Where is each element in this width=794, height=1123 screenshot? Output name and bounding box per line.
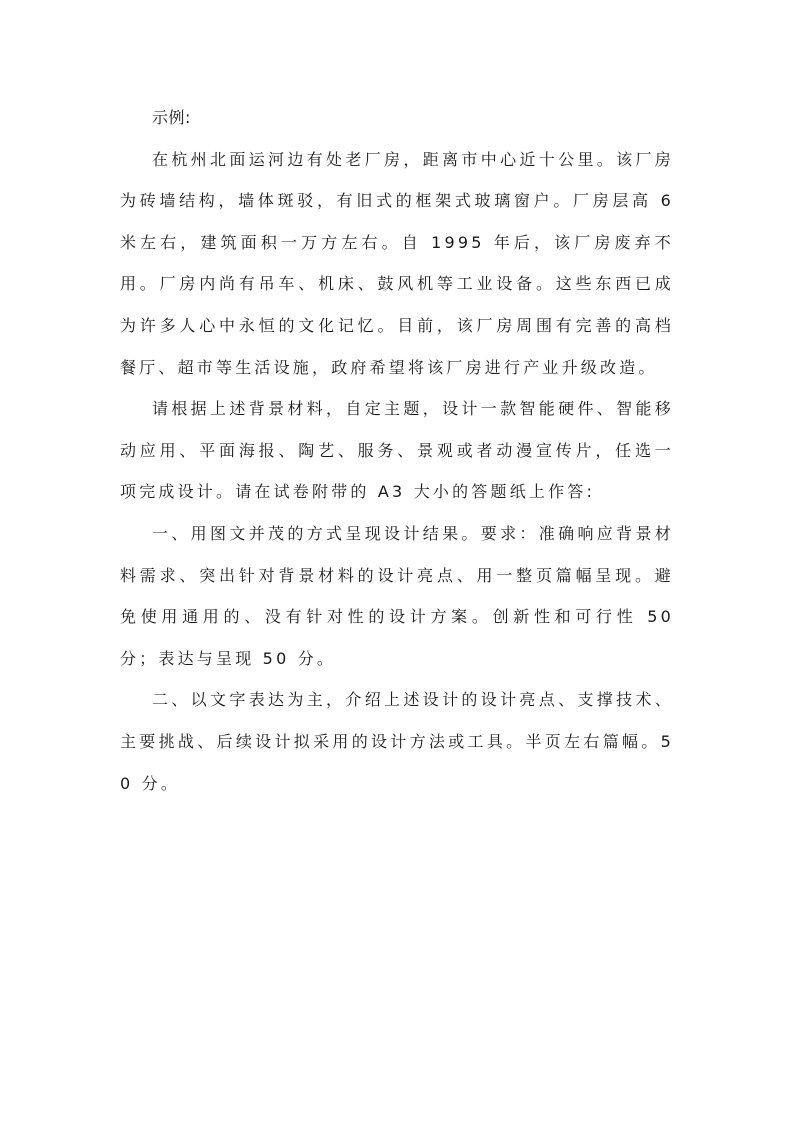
example-label: 示例:	[120, 97, 674, 139]
task-instruction-paragraph: 请根据上述背景材料，自定主题，设计一款智能硬件、智能移动应用、平面海报、陶艺、服…	[120, 388, 674, 513]
requirement-two-paragraph: 二、以文字表达为主，介绍上述设计的设计亮点、支撑技术、主要挑战、后续设计拟采用的…	[120, 679, 674, 804]
requirement-one-paragraph: 一、用图文并茂的方式呈现设计结果。要求：准确响应背景材料需求、突出针对背景材料的…	[120, 513, 674, 679]
document-page: 示例: 在杭州北面运河边有处老厂房，距离市中心近十公里。该厂房为砖墙结构，墙体斑…	[120, 97, 674, 804]
background-paragraph: 在杭州北面运河边有处老厂房，距离市中心近十公里。该厂房为砖墙结构，墙体斑驳，有旧…	[120, 139, 674, 389]
